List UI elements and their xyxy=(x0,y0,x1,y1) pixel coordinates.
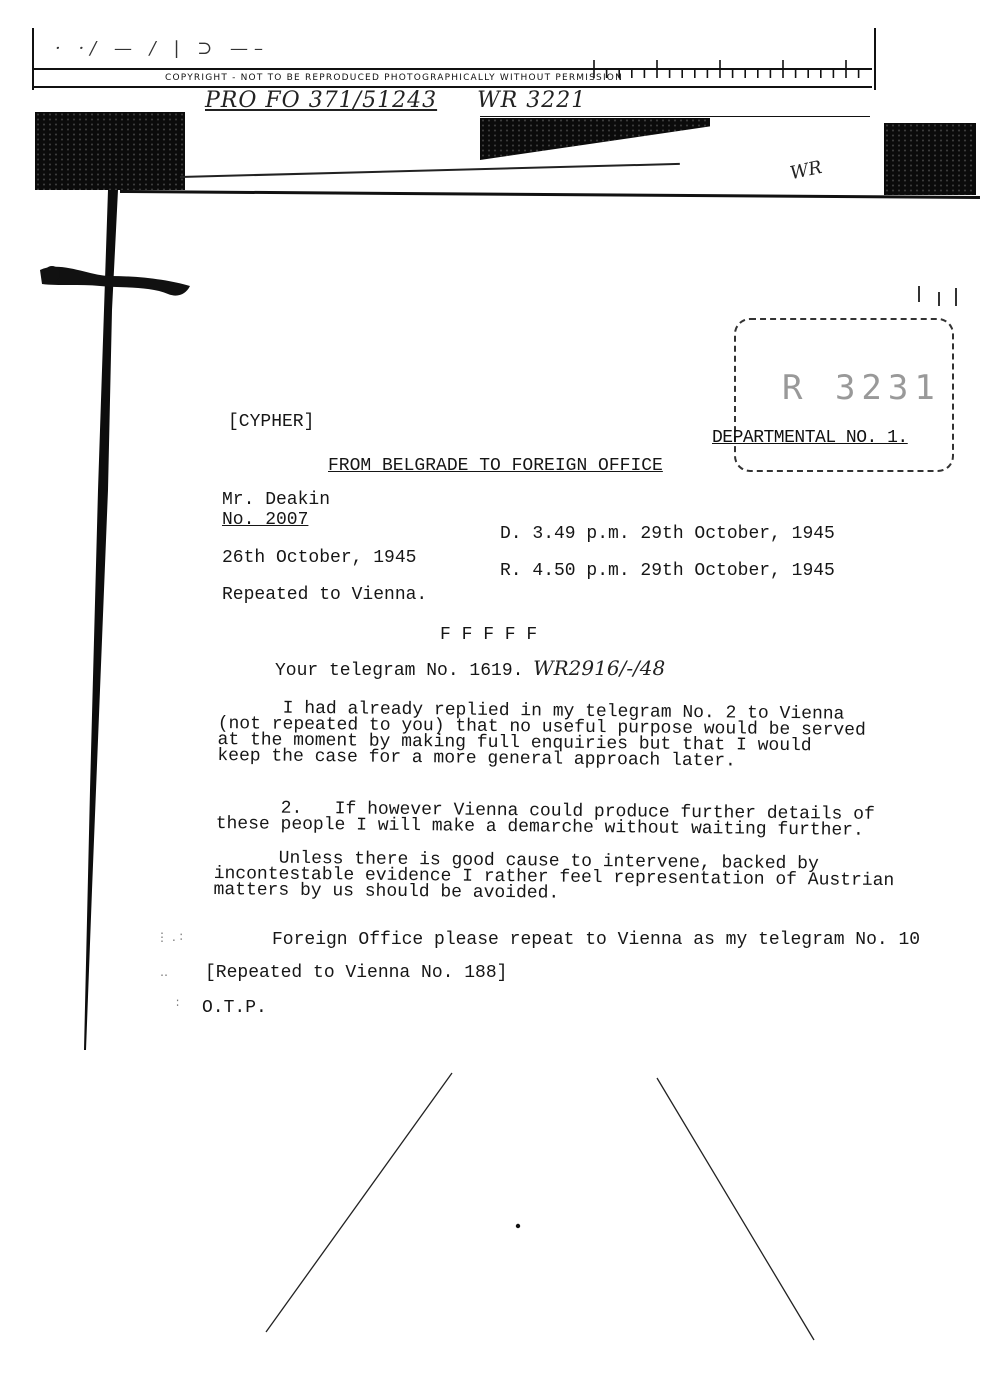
reference-line: Your telegram No. 1619. WR2916/-/48 xyxy=(275,656,665,681)
route-heading: FROM BELGRADE TO FOREIGN OFFICE xyxy=(328,456,663,476)
binding-shadow xyxy=(0,190,220,1060)
margin-mark xyxy=(918,286,920,302)
scan-shadow-left xyxy=(35,112,185,190)
paragraph-1: I had already replied in my telegram No.… xyxy=(217,700,866,771)
departmental-number: DEPARTMENTAL NO. 1. xyxy=(712,428,908,448)
margin-mark xyxy=(955,288,957,306)
ruler-ticks xyxy=(590,58,870,78)
despatched-time: D. 3.49 p.m. 29th October, 1945 xyxy=(500,524,835,544)
scan-shadow-center xyxy=(480,118,710,160)
paragraph-3: Unless there is good cause to intervene,… xyxy=(213,850,894,905)
archive-reference: PRO FO 371/51243 WR 3221 xyxy=(205,88,586,113)
paragraph-line: these people I will make a demarche with… xyxy=(216,816,875,839)
margin-mark xyxy=(938,292,940,306)
ref-rule xyxy=(480,116,870,117)
sender-name: Mr. Deakin xyxy=(222,490,330,510)
repeated-line: Repeated to Vienna. xyxy=(222,585,427,605)
repeated-note: [Repeated to Vienna No. 188] xyxy=(205,963,507,983)
scan-fold-line xyxy=(180,163,680,178)
telegram-date: 26th October, 1945 xyxy=(222,548,416,568)
received-time: R. 4.50 p.m. 29th October, 1945 xyxy=(500,561,835,581)
scan-edge-line xyxy=(120,190,980,199)
classification: [CYPHER] xyxy=(228,412,314,432)
stamp-speckle: ⋮ ․ ∶ xyxy=(156,930,183,944)
separator: F F F F F xyxy=(440,625,537,645)
wr-annotation: WR xyxy=(788,157,824,184)
center-dot xyxy=(516,1224,520,1228)
copyright-notice: COPYRIGHT - NOT TO BE REPRODUCED PHOTOGR… xyxy=(165,73,623,83)
diagonal-line-left xyxy=(266,1073,452,1332)
signoff: O.T.P. xyxy=(202,998,267,1018)
wr-reference: WR 3221 xyxy=(477,88,586,113)
stamp-speckle: ∶ xyxy=(176,996,179,1010)
reference-handwritten: WR2916/-/48 xyxy=(533,656,665,680)
stamp-speckle: ․․ xyxy=(160,965,168,979)
repeat-instruction: Foreign Office please repeat to Vienna a… xyxy=(272,930,920,950)
pro-reference: PRO FO 371/51243 xyxy=(205,88,437,113)
paragraph-2: 2. If however Vienna could produce furth… xyxy=(216,800,875,839)
scan-shadow-right xyxy=(884,123,976,195)
registry-number: R 3231 xyxy=(782,368,941,408)
handwritten-scribble: · ·/ — / | ⊃ —– xyxy=(55,38,269,59)
telegram-number: No. 2007 xyxy=(222,510,308,530)
diagonal-line-right xyxy=(657,1078,814,1340)
reference-text: Your telegram No. 1619. xyxy=(275,661,523,681)
